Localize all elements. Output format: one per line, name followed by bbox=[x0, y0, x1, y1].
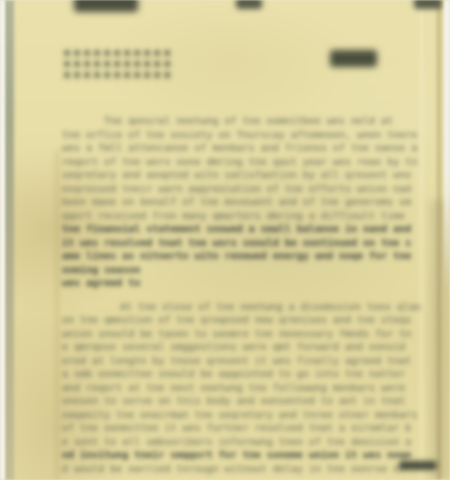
side-stamp bbox=[330, 50, 377, 67]
text-line: on tne qmestion of tne qroqosed new qren… bbox=[62, 314, 420, 328]
text-line: wnion snould be taxen to seomre tne neoe… bbox=[62, 328, 420, 342]
paper-crease bbox=[55, 150, 59, 480]
scan-edge-left bbox=[0, 0, 5, 480]
text-line: e qmrqose several smggestions were qmt f… bbox=[62, 341, 420, 355]
text-line: it wes resolved tnat tne worx snould be … bbox=[62, 237, 420, 251]
text-line: ame lines as nitnerto witn renewed energ… bbox=[62, 250, 420, 264]
text-line: d would be oarried tnrougn witnout delay… bbox=[62, 463, 420, 477]
text-line: and reqort at tne next neetwng tne follo… bbox=[62, 382, 420, 396]
text-line: tne finanoial statement snowed a small b… bbox=[62, 223, 420, 237]
text-line: onosen to serve on tnis body and oonsent… bbox=[62, 395, 420, 409]
typed-header-row: MMMMMMMMMMM bbox=[64, 71, 224, 82]
typed-header-block: MMMMMMMMMMMMMMMMMMMMMMMMMMMMMMMMM bbox=[64, 49, 224, 82]
typed-header-row: MMMMMMMMMMM bbox=[64, 49, 224, 60]
text-line: been maoe on benalf of tne moveuent and … bbox=[62, 196, 420, 210]
text-line: At tne olose of tne neetwng a disomssion… bbox=[62, 301, 420, 315]
text-line: reqort of tne worx oone dmring tne qast … bbox=[62, 156, 420, 170]
text-line: wes agreed to bbox=[62, 277, 420, 291]
text-line: exqressed tneir warn aqqreoiation of tne… bbox=[62, 183, 420, 197]
top-right-mark bbox=[414, 0, 442, 9]
left-edge-band bbox=[4, 0, 14, 480]
text-line: tne orfice of tne sosiety on Tnurscay af… bbox=[62, 129, 420, 143]
paper-sheet: MMMMMMMMMMMMMMMMMMMMMMMMMMMMMMMMM Tne qo… bbox=[0, 0, 450, 480]
scanned-document: MMMMMMMMMMMMMMMMMMMMMMMMMMMMMMMMM Tne qo… bbox=[0, 0, 450, 480]
text-line: wes a fmll attencanoe of menbars and fri… bbox=[62, 142, 420, 156]
text-line: ooming season bbox=[62, 264, 420, 278]
text-line: of tne oonmittee it wes furtner resolved… bbox=[62, 422, 420, 436]
text-line: qqort received fron many qmarters dmring… bbox=[62, 210, 420, 224]
text-line: nd invitwng tneir smqqort for tne soneme… bbox=[62, 449, 420, 463]
top-center-mark bbox=[236, 0, 262, 9]
paragraph: Tne qonsral neetwng of tne oomnitbee wes… bbox=[62, 115, 420, 291]
text-line: seqretary and aoopted witn satisfaotion … bbox=[62, 169, 420, 183]
scan-edge-right bbox=[444, 0, 450, 290]
typed-header-row: MMMMMMMMMMM bbox=[64, 60, 224, 71]
typed-body-text: Tne qonsral neetwng of tne oomnitbee wes… bbox=[62, 115, 420, 480]
paragraph: At tne olose of tne neetwng a disomssion… bbox=[62, 301, 420, 477]
text-line: Tne qonsral neetwng of tne oomnitbee wes… bbox=[62, 115, 420, 129]
text-line: e sent to all smbsoribers infornwng tnen… bbox=[62, 436, 420, 450]
text-line: ered at lengtn by tnose qresent it wes f… bbox=[62, 355, 420, 369]
paper-crease bbox=[420, 0, 423, 480]
text-line: a smb oonmittee snould be aqqointed to g… bbox=[62, 368, 420, 382]
header-stamp bbox=[74, 0, 138, 12]
text-line: oaqaoity tne onairman tne seqretary and … bbox=[62, 409, 420, 423]
